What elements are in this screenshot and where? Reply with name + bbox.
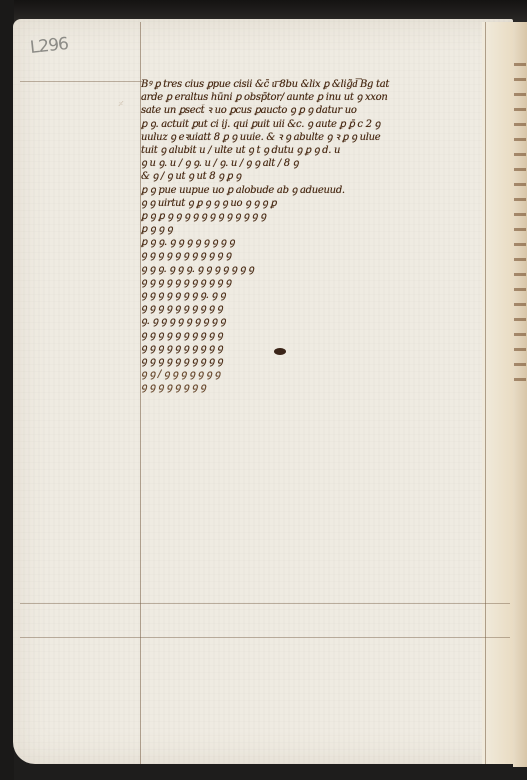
text-line: sate un ꝑsect̄ ꝛ uo ꝑcus ꝑaucto ꝯ ꝑ ꝯ da… [141,104,486,117]
text-line: ꝯ ꝯ ꝯ. ꝯ ꝯ ꝯ. ꝯ ꝯ ꝯ ꝯ ꝯ ꝯ ꝯ [141,263,486,276]
page-gutter [482,22,513,764]
text-line: ꝯ ꝯ ꝯ ꝯ ꝯ ꝯ ꝯ ꝯ ꝯ ꝯ [141,329,486,342]
text-line: ꝯ. ꝯ ꝯ ꝯ ꝯ ꝯ ꝯ ꝯ ꝯ ꝯ [141,315,486,328]
text-line: & ꝯ / ꝯ ut ꝯ ut 8 ꝯ ꝑ ꝯ [141,170,486,183]
text-line: ꝯ ꝯ uirtut ꝯ ꝑ ꝯ ꝯ ꝯ uo ꝯ ꝯ ꝯ ꝑ [141,197,486,210]
top-margin-rule [20,81,142,82]
text-line: ꝯ u ꝯ. u / ꝯ ꝯ. u / ꝯ. u / ꝯ ꝯ alt / 8 ꝯ [141,157,486,170]
manuscript-text-block: Bꝰ ꝑ tres cius ꝑpue cisii &c̄ u͞ 8bu &li… [141,78,486,395]
text-line: ꝯ ꝯ ꝯ ꝯ ꝯ ꝯ ꝯ ꝯ ꝯ ꝯ ꝯ [141,276,486,289]
text-line: ꝑ ꝯ ꝯ ꝯ [141,223,486,236]
bottom-rule-2 [20,637,510,638]
text-line: ꝯ ꝯ / ꝯ ꝯ ꝯ ꝯ ꝯ ꝯ ꝯ [141,368,486,381]
dark-background-left [0,0,14,780]
facing-page-text [514,60,526,390]
text-line: ꝯ ꝯ ꝯ ꝯ ꝯ ꝯ ꝯ ꝯ ꝯ ꝯ [141,355,486,368]
text-line: ꝑ ꝯ. actuit ꝑut ci ij. qui ꝑuit uii &c. … [141,118,486,131]
ink-blot [274,348,286,355]
text-line: ꝑ ꝯ ꝑ ꝯ ꝯ ꝯ ꝯ ꝯ ꝯ ꝯ ꝯ ꝯ ꝯ ꝯ ꝯ [141,210,486,223]
text-line: arde ꝑ eraltus hūni ꝑ obsp̄tor/ aunte ꝑ … [141,91,486,104]
text-line: ꝯ ꝯ ꝯ ꝯ ꝯ ꝯ ꝯ ꝯ ꝯ ꝯ [141,342,486,355]
text-line: ꝑ ꝯ ꝯ. ꝯ ꝯ ꝯ ꝯ ꝯ ꝯ ꝯ ꝯ [141,236,486,249]
text-line: uuluz ꝯ eꝛuiatt 8 ꝑ ꝯ uuie. & ꝛ ꝯ abulte… [141,131,486,144]
text-line: tuit ꝯ alubit u / ulte ut ꝯ t ꝯ dutu ꝯ ꝑ… [141,144,486,157]
text-line: ꝑ ꝯ pue uupue uo ꝑ alobude ab ꝯ adueuud. [141,184,486,197]
folio-number: L296 [29,34,69,58]
text-line: ꝯ ꝯ ꝯ ꝯ ꝯ ꝯ ꝯ ꝯ ꝯ ꝯ [141,302,486,315]
text-line: ꝯ ꝯ ꝯ ꝯ ꝯ ꝯ ꝯ ꝯ [141,381,486,394]
text-line: ꝯ ꝯ ꝯ ꝯ ꝯ ꝯ ꝯ ꝯ ꝯ ꝯ ꝯ [141,249,486,262]
text-line: ꝯ ꝯ ꝯ ꝯ ꝯ ꝯ ꝯ ꝯ. ꝯ ꝯ [141,289,486,302]
bottom-rule-1 [20,603,510,604]
margin-note: ⸓ [118,100,123,109]
text-line: Bꝰ ꝑ tres cius ꝑpue cisii &c̄ u͞ 8bu &li… [141,78,486,91]
